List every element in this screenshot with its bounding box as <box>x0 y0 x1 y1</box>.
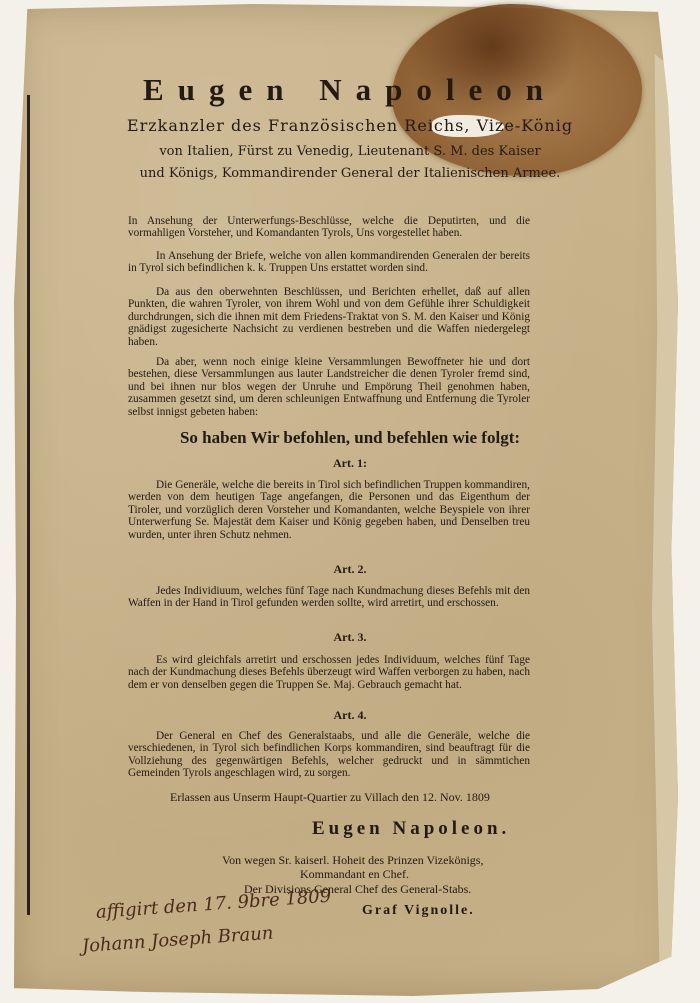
document-title: Eugen Napoleon <box>0 72 700 108</box>
article-1-label: Art. 1: <box>0 456 700 471</box>
header-line-2: von Italien, Fürst zu Venedig, Lieutenan… <box>0 144 700 159</box>
signature-line-2: Kommandant en Chef. <box>300 867 409 882</box>
paper-edge-strip <box>652 54 678 984</box>
preamble-paragraph-1: In Ansehung der Unterwerfungs-Beschlüsse… <box>128 215 530 240</box>
header-line-3: und Königs, Kommandirender General der I… <box>0 166 700 181</box>
article-4-text: Der General en Chef des Generalstaabs, u… <box>128 730 530 780</box>
issued-line: Erlassen aus Unserm Haupt-Quartier zu Vi… <box>170 790 490 805</box>
header-line-1: Erzkanzler des Französischen Reichs, Viz… <box>0 116 700 135</box>
article-4-label: Art. 4. <box>0 708 700 723</box>
binding-rule <box>27 95 30 915</box>
countersignature: Graf Vignolle. <box>362 903 475 919</box>
signature-name: Eugen Napoleon. <box>312 818 510 840</box>
article-2-text: Jedes Individiuum, welches fünf Tage nac… <box>128 585 530 610</box>
preamble-paragraph-4: Da aber, wenn noch einige kleine Versamm… <box>128 356 530 418</box>
article-3-label: Art. 3. <box>0 630 700 645</box>
article-2-label: Art. 2. <box>0 562 700 577</box>
article-3-text: Es wird gleichfals arretirt und erschoss… <box>128 654 530 691</box>
preamble-paragraph-3: Da aus den oberwehnten Beschlüssen, und … <box>128 286 530 348</box>
signature-line-1: Von wegen Sr. kaiserl. Hoheit des Prinze… <box>222 853 483 868</box>
article-1-text: Die Generäle, welche die bereits in Tiro… <box>128 479 530 541</box>
preamble-paragraph-2: In Ansehung der Briefe, welche von allen… <box>128 250 530 275</box>
command-line: So haben Wir befohlen, und befehlen wie … <box>0 428 700 448</box>
